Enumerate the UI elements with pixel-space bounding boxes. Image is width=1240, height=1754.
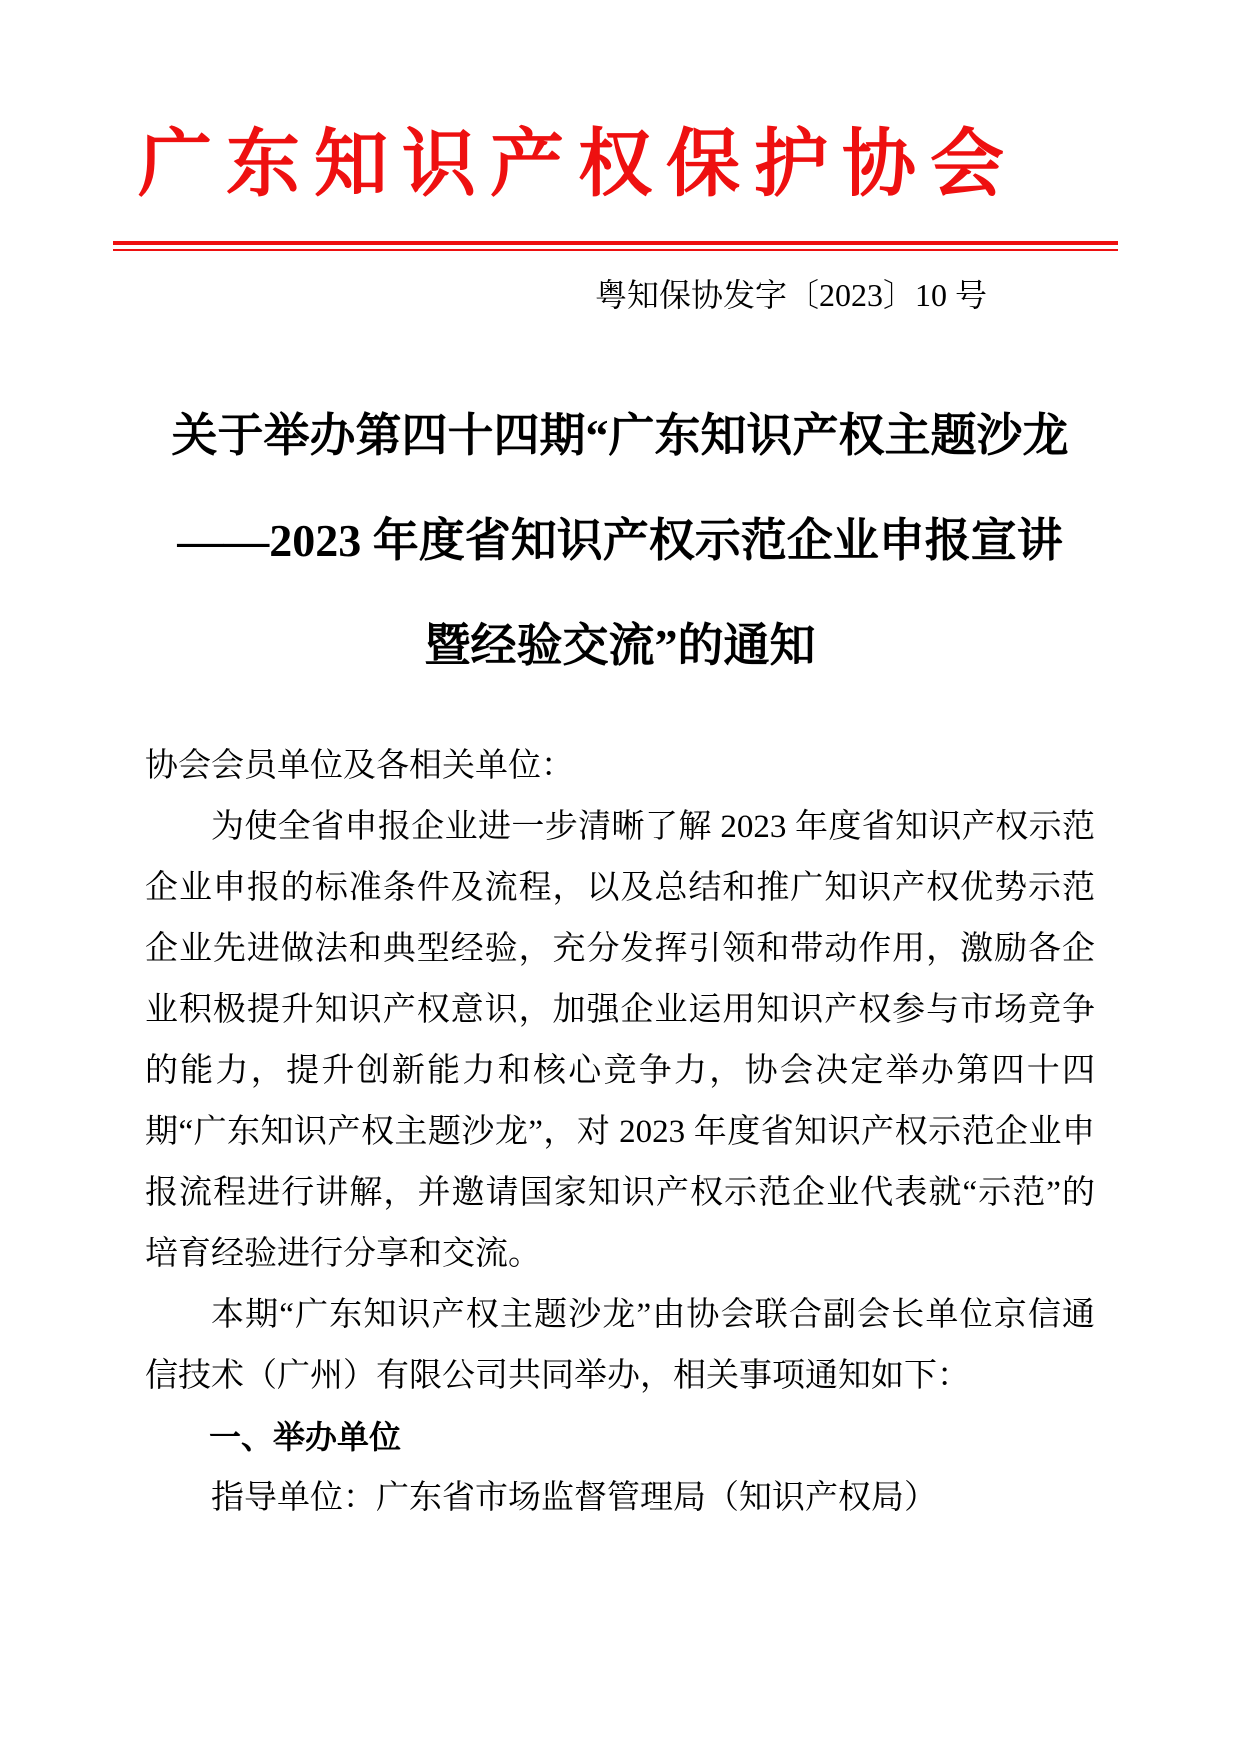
notice-title-line-2: ——2023 年度省知识产权示范企业申报宣讲 (145, 488, 1095, 593)
divider-line-thin (113, 249, 1118, 251)
section-item-guiding-unit: 指导单位：广东省市场监督管理局（知识产权局） (145, 1468, 1095, 1529)
letterhead-org-name: 广东知识产权保护协会 (138, 110, 1240, 221)
section-heading-1: 一、举办单位 (145, 1407, 1095, 1468)
page: { "document": { "letterhead": { "org_nam… (0, 0, 1240, 1754)
letterhead: 广东知识产权保护协会 (138, 110, 1240, 221)
body-paragraph-2: 本期“广东知识产权主题沙龙”由协会联合副会长单位京信通信技术（广州）有限公司共同… (145, 1285, 1095, 1407)
body-paragraph-1: 为使全省申报企业进一步清晰了解 2023 年度省知识产权示范企业申报的标准条件及… (145, 797, 1095, 1285)
notice-title-line-1: 关于举办第四十四期“广东知识产权主题沙龙 (145, 383, 1095, 488)
letterhead-divider (113, 241, 1118, 251)
reference-number: 粤知保协发字〔2023〕10 号 (145, 275, 987, 315)
notice-title: 关于举办第四十四期“广东知识产权主题沙龙 ——2023 年度省知识产权示范企业申… (145, 383, 1095, 698)
notice-title-line-3: 暨经验交流”的通知 (145, 593, 1095, 698)
notice-body: 协会会员单位及各相关单位： 为使全省申报企业进一步清晰了解 2023 年度省知识… (145, 736, 1095, 1529)
salutation: 协会会员单位及各相关单位： (145, 736, 1095, 797)
divider-line-thick (113, 241, 1118, 245)
